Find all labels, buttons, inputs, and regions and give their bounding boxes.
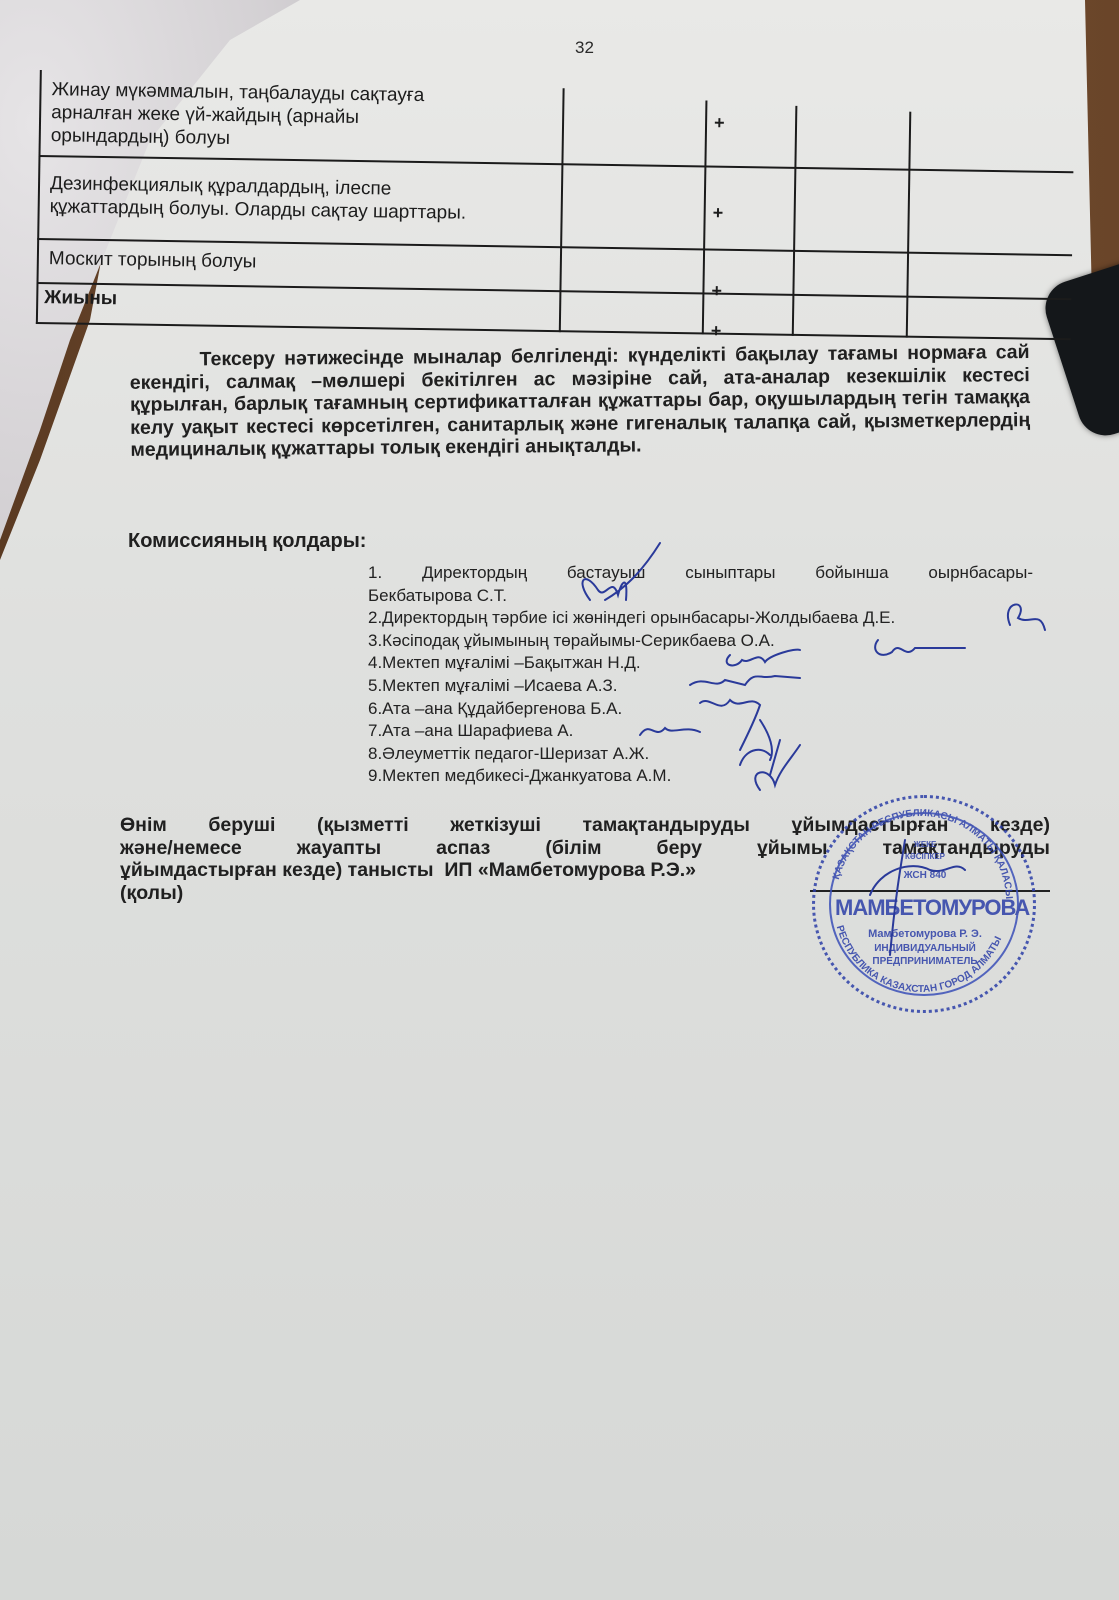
commission-member: 8.Әлеуметтік педагог-Шеризат А.Ж. <box>368 743 1033 766</box>
table-column-divider <box>559 88 565 332</box>
stamp-name: МАМБЕТОМУРОВА <box>835 895 1015 921</box>
commission-member: 7.Ата –ана Шарафиева А. <box>368 720 1033 743</box>
commission-member: 9.Мектеп медбикесі-Джанкуатова А.М. <box>368 765 1033 788</box>
table-row-mark: + <box>714 113 725 134</box>
table-column-divider <box>702 100 708 334</box>
table-total-label: Жиыны <box>44 286 117 310</box>
findings-paragraph: Тексеру нәтижесінде мыналар белгіленді: … <box>130 341 1031 461</box>
commission-member: 6.Ата –ана Құдайбергенова Б.А. <box>368 698 1033 721</box>
table-row-mark: + <box>711 281 722 302</box>
table-total-mark: + <box>711 321 722 342</box>
commission-member: 3.Кәсіподақ ұйымының төрайымы-Серикбаева… <box>368 630 1033 653</box>
commission-member-name: Бекбатырова С.Т. <box>368 585 1033 608</box>
commission-member: 4.Мектеп мұғалімі –Бақытжан Н.Д. <box>368 652 1033 675</box>
table-column-divider <box>792 106 798 336</box>
table-column-divider <box>906 112 912 338</box>
table-row-divider <box>36 282 1071 300</box>
page-number: 32 <box>575 38 594 58</box>
table-row-divider <box>38 155 1073 173</box>
commission-member-list: 1. Директордың бастауыш сыныптары бойынш… <box>368 562 1033 788</box>
commission-member: 1. Директордың бастауыш сыныптары бойынш… <box>368 562 1033 585</box>
checklist-table: Жинау мүкәммалын, таңбалауды сақтауға ар… <box>36 60 1080 361</box>
table-row-label: Жинау мүкәммалын, таңбалауды сақтауға ар… <box>51 78 425 153</box>
table-bottom-border <box>36 322 1071 340</box>
official-stamp: ҚАЗАҚСТАН РЕСПУБЛИКАСЫ АЛМАТЫ ҚАЛАСЫ РЕС… <box>812 795 1036 1013</box>
commission-title: Комиссияның қолдары: <box>128 530 366 553</box>
table-row-label: Дезинфекциялық құралдардың, ілеспе құжат… <box>50 172 467 225</box>
table-row-mark: + <box>713 203 724 224</box>
commission-member: 5.Мектеп мұғалімі –Исаева А.З. <box>368 675 1033 698</box>
commission-member: 2.Директордың тәрбие ісі жөніндегі орынб… <box>368 607 1033 630</box>
table-row-label: Москит торының болуы <box>49 247 257 273</box>
